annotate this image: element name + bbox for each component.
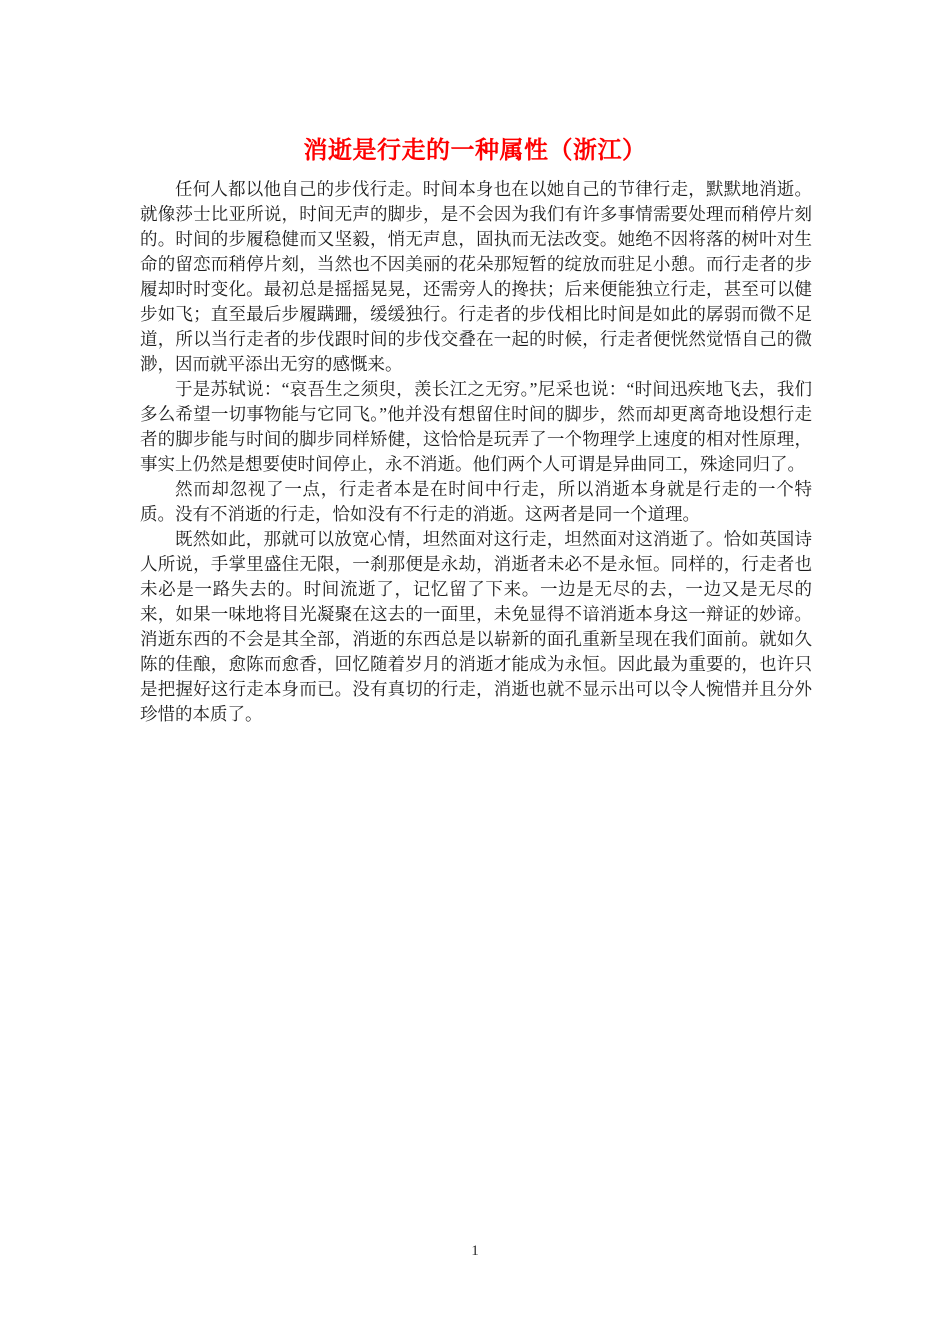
paragraph: 于是苏轼说：“哀吾生之须臾，羡长江之无穷。”尼采也说：“时间迅疾地飞去，我们多么… [140, 377, 812, 477]
article-body: 任何人都以他自己的步伐行走。时间本身也在以她自己的节律行走，默默地消逝。就像莎士… [140, 177, 812, 727]
paragraph: 然而却忽视了一点，行走者本是在时间中行走，所以消逝本身就是行走的一个特质。没有不… [140, 477, 812, 527]
document-page: 消逝是行走的一种属性（浙江） 任何人都以他自己的步伐行走。时间本身也在以她自己的… [0, 0, 950, 1344]
paragraph: 既然如此，那就可以放宽心情，坦然面对这行走，坦然面对这消逝了。恰如英国诗人所说，… [140, 527, 812, 727]
page-number: 1 [0, 1241, 950, 1261]
paragraph: 任何人都以他自己的步伐行走。时间本身也在以她自己的节律行走，默默地消逝。就像莎士… [140, 177, 812, 377]
page-title: 消逝是行走的一种属性（浙江） [0, 0, 950, 168]
